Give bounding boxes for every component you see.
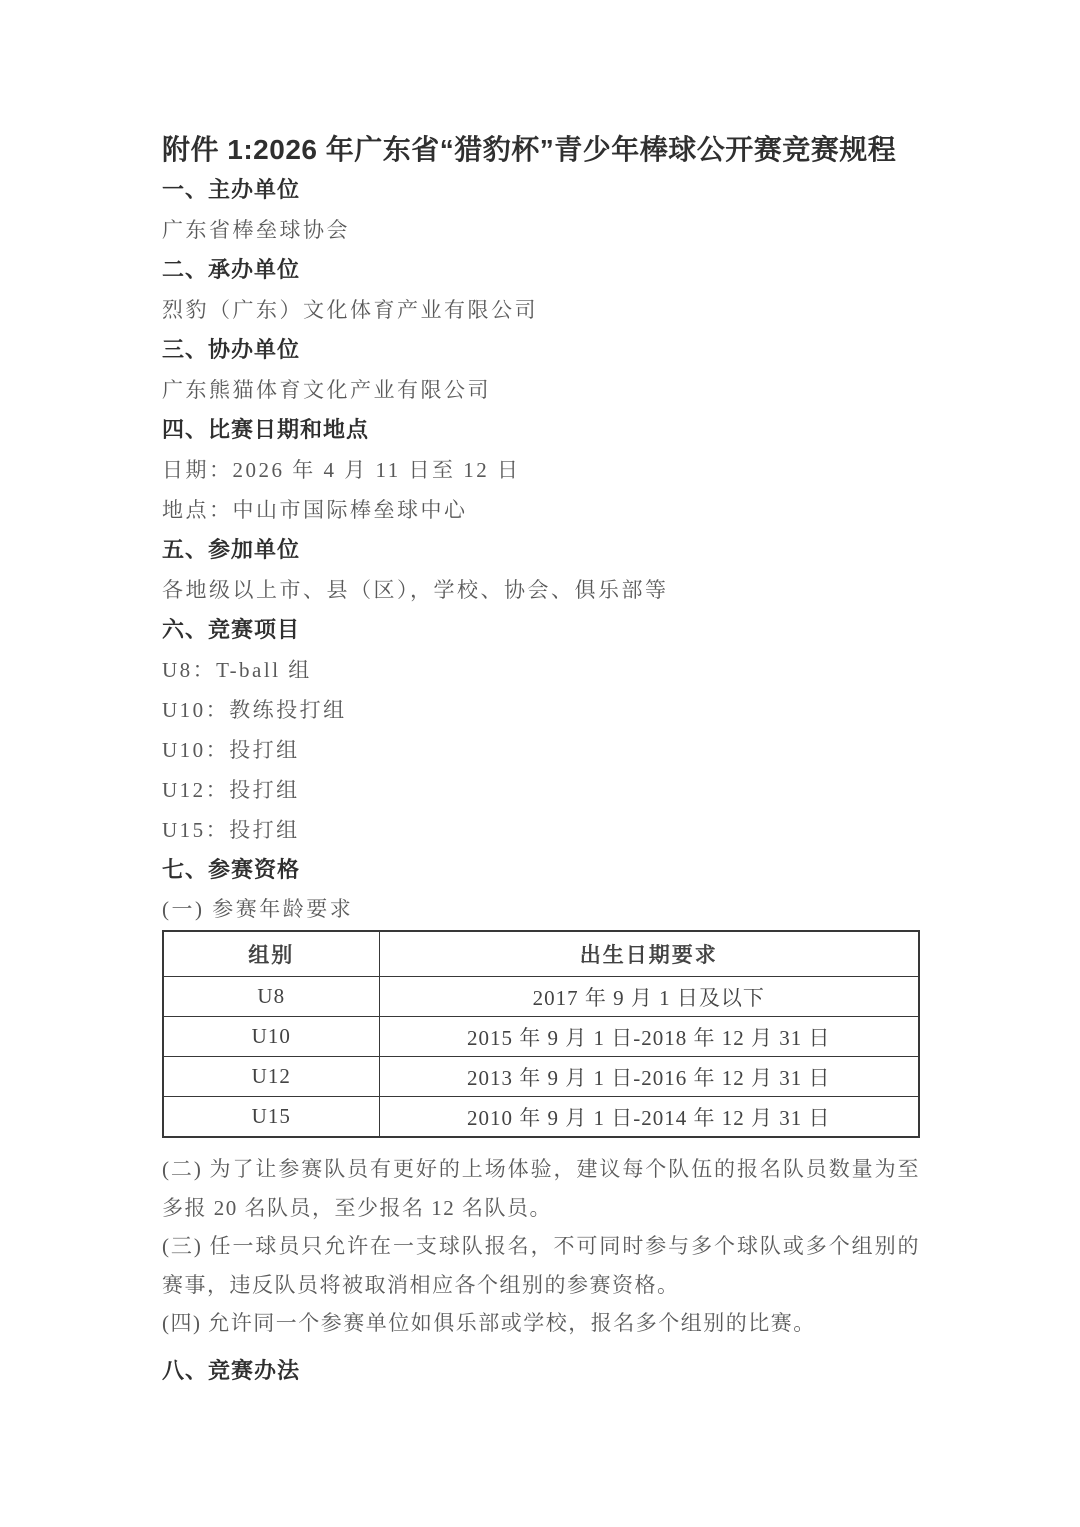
section-heading-eligibility: 七、参赛资格 xyxy=(162,850,920,890)
birthdate-cell: 2017 年 9 月 1 日及以下 xyxy=(379,977,919,1017)
section-heading-date-venue: 四、比赛日期和地点 xyxy=(162,410,920,450)
group-cell: U10 xyxy=(163,1017,379,1057)
document-title: 附件 1:2026 年广东省“猎豹杯”青少年棒球公开赛竞赛规程 xyxy=(162,130,920,170)
event-item-u10: U10：投打组 xyxy=(162,730,920,770)
host-name: 广东省棒垒球协会 xyxy=(162,210,920,250)
competition-date: 日期：2026 年 4 月 11 日至 12 日 xyxy=(162,450,920,490)
eligibility-item-3: (三) 任一球员只允许在一支球队报名，不可同时参与多个球队或多个组别的赛事，违反… xyxy=(162,1227,920,1304)
participants-description: 各地级以上市、县（区），学校、协会、俱乐部等 xyxy=(162,570,920,610)
eligibility-item-1-label: (一) 参赛年龄要求 xyxy=(162,890,920,928)
section-heading-events: 六、竞赛项目 xyxy=(162,610,920,650)
birthdate-cell: 2013 年 9 月 1 日-2016 年 12 月 31 日 xyxy=(379,1057,919,1097)
section-heading-host: 一、主办单位 xyxy=(162,170,920,210)
section-heading-participants: 五、参加单位 xyxy=(162,530,920,570)
competition-venue: 地点：中山市国际棒垒球中心 xyxy=(162,490,920,530)
eligibility-item-2: (二) 为了让参赛队员有更好的上场体验，建议每个队伍的报名队员数量为至多报 20… xyxy=(162,1150,920,1227)
event-item-u8: U8：T-ball 组 xyxy=(162,650,920,690)
section-heading-co-organizer: 三、协办单位 xyxy=(162,330,920,370)
section-heading-organizer: 二、承办单位 xyxy=(162,250,920,290)
document-page: 附件 1:2026 年广东省“猎豹杯”青少年棒球公开赛竞赛规程 一、主办单位 广… xyxy=(0,0,1080,1527)
section-heading-method: 八、竞赛办法 xyxy=(162,1351,920,1391)
table-row: U8 2017 年 9 月 1 日及以下 xyxy=(163,977,919,1017)
table-header-row: 组别 出生日期要求 xyxy=(163,931,919,977)
birthdate-cell: 2010 年 9 月 1 日-2014 年 12 月 31 日 xyxy=(379,1097,919,1138)
group-cell: U8 xyxy=(163,977,379,1017)
column-header-group: 组别 xyxy=(163,931,379,977)
table-row: U12 2013 年 9 月 1 日-2016 年 12 月 31 日 xyxy=(163,1057,919,1097)
birthdate-cell: 2015 年 9 月 1 日-2018 年 12 月 31 日 xyxy=(379,1017,919,1057)
group-cell: U12 xyxy=(163,1057,379,1097)
table-row: U15 2010 年 9 月 1 日-2014 年 12 月 31 日 xyxy=(163,1097,919,1138)
event-item-u15: U15：投打组 xyxy=(162,810,920,850)
age-requirements-table: 组别 出生日期要求 U8 2017 年 9 月 1 日及以下 U10 2015 … xyxy=(162,930,920,1138)
column-header-birthdate: 出生日期要求 xyxy=(379,931,919,977)
organizer-name: 烈豹（广东）文化体育产业有限公司 xyxy=(162,290,920,330)
co-organizer-name: 广东熊猫体育文化产业有限公司 xyxy=(162,370,920,410)
event-item-u12: U12：投打组 xyxy=(162,770,920,810)
event-item-u10-coach: U10：教练投打组 xyxy=(162,690,920,730)
table-row: U10 2015 年 9 月 1 日-2018 年 12 月 31 日 xyxy=(163,1017,919,1057)
eligibility-item-4: (四) 允许同一个参赛单位如俱乐部或学校，报名多个组别的比赛。 xyxy=(162,1304,920,1343)
group-cell: U15 xyxy=(163,1097,379,1138)
